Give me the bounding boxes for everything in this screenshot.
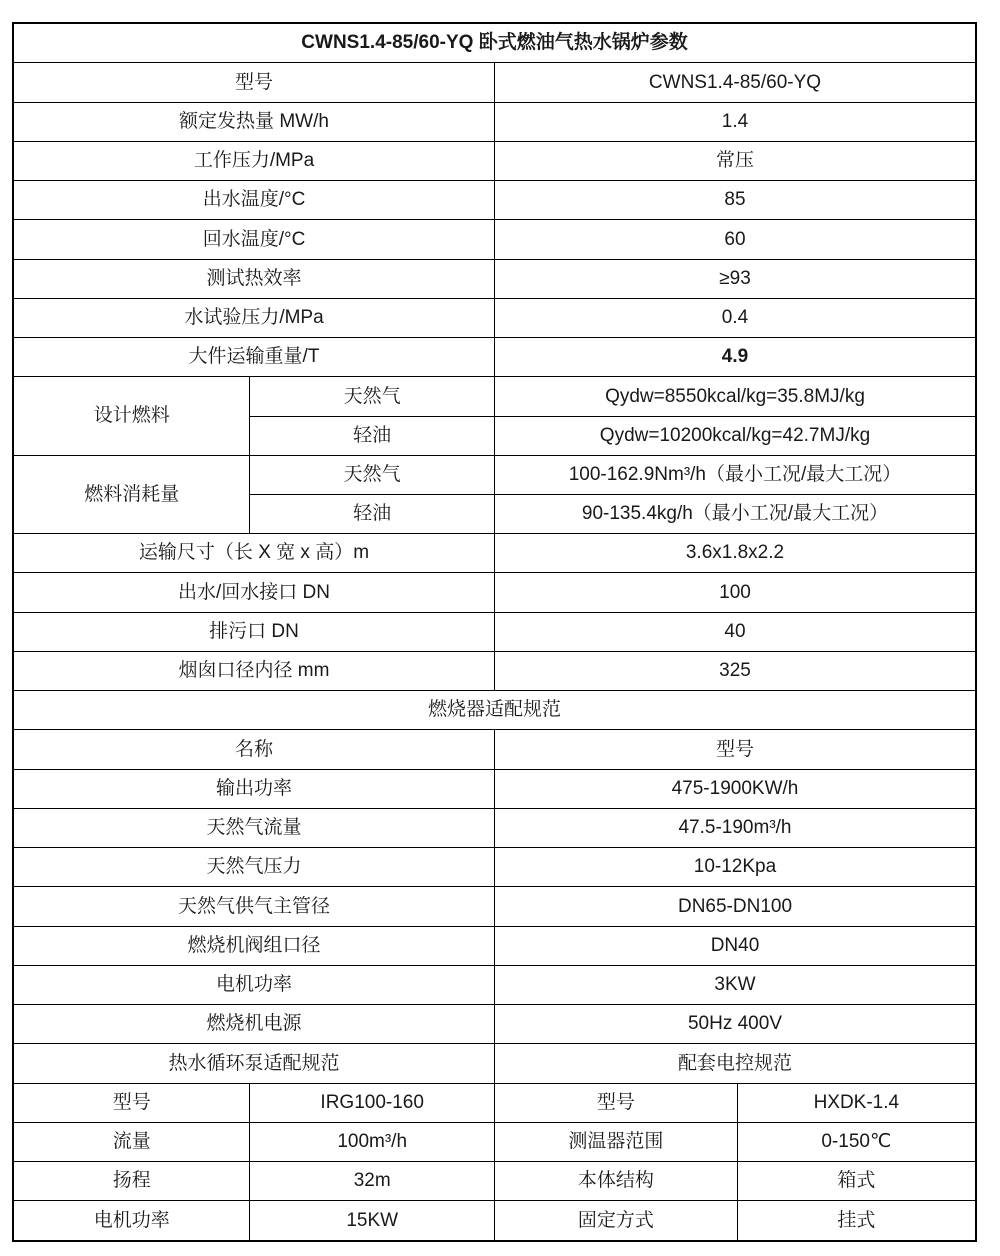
row-value: 0.4 bbox=[494, 298, 976, 337]
row-label: 输出功率 bbox=[13, 769, 494, 808]
row-label: 回水温度/°C bbox=[13, 220, 494, 259]
fuel-design-group-label: 设计燃料 bbox=[13, 377, 250, 455]
control-row-label: 固定方式 bbox=[494, 1201, 737, 1241]
table-row: 燃烧机阀组口径 DN40 bbox=[13, 926, 976, 965]
burner-section-header: 燃烧器适配规范 bbox=[13, 691, 976, 730]
control-row-value: 0-150℃ bbox=[737, 1122, 976, 1161]
pump-row-value: 100m³/h bbox=[250, 1122, 495, 1161]
boiler-spec-table: CWNS1.4-85/60-YQ 卧式燃油气热水锅炉参数 型号 CWNS1.4-… bbox=[12, 22, 977, 1242]
row-label: 燃烧机电源 bbox=[13, 1005, 494, 1044]
row-label: 燃烧机阀组口径 bbox=[13, 926, 494, 965]
row-value: 60 bbox=[494, 220, 976, 259]
control-section-header: 配套电控规范 bbox=[494, 1044, 976, 1083]
table-row: 流量 100m³/h 测温器范围 0-150℃ bbox=[13, 1122, 976, 1161]
burner-name-header: 名称 bbox=[13, 730, 494, 769]
pump-row-value: 15KW bbox=[250, 1201, 495, 1241]
table-row: 电机功率 3KW bbox=[13, 965, 976, 1004]
pump-row-label: 电机功率 bbox=[13, 1201, 250, 1241]
row-label: 运输尺寸（长 X 宽 x 高）m bbox=[13, 534, 494, 573]
row-label: 水试验压力/MPa bbox=[13, 298, 494, 337]
table-row: 型号 CWNS1.4-85/60-YQ bbox=[13, 63, 976, 102]
table-row: 电机功率 15KW 固定方式 挂式 bbox=[13, 1201, 976, 1241]
table-row: 天然气流量 47.5-190m³/h bbox=[13, 808, 976, 847]
row-label: 天然气供气主管径 bbox=[13, 887, 494, 926]
table-row: 工作压力/MPa 常压 bbox=[13, 141, 976, 180]
control-row-label: 本体结构 bbox=[494, 1161, 737, 1200]
table-row: 水试验压力/MPa 0.4 bbox=[13, 298, 976, 337]
fuel-type-label: 轻油 bbox=[250, 416, 495, 455]
fuel-type-label: 天然气 bbox=[250, 377, 495, 416]
table-row: CWNS1.4-85/60-YQ 卧式燃油气热水锅炉参数 bbox=[13, 23, 976, 63]
row-label: 工作压力/MPa bbox=[13, 141, 494, 180]
pump-row-value: 32m bbox=[250, 1161, 495, 1200]
fuel-value: 100-162.9Nm³/h（最小工况/最大工况） bbox=[494, 455, 976, 494]
fuel-type-label: 轻油 bbox=[250, 495, 495, 534]
row-label: 出水温度/°C bbox=[13, 181, 494, 220]
row-value: 3KW bbox=[494, 965, 976, 1004]
row-value: 100 bbox=[494, 573, 976, 612]
row-label: 额定发热量 MW/h bbox=[13, 102, 494, 141]
pump-section-header: 热水循环泵适配规范 bbox=[13, 1044, 494, 1083]
row-value: 325 bbox=[494, 651, 976, 690]
fuel-value: 90-135.4kg/h（最小工况/最大工况） bbox=[494, 495, 976, 534]
row-label: 电机功率 bbox=[13, 965, 494, 1004]
table-row: 型号 IRG100-160 型号 HXDK-1.4 bbox=[13, 1083, 976, 1122]
table-row: 设计燃料 天然气 Qydw=8550kcal/kg=35.8MJ/kg bbox=[13, 377, 976, 416]
table-row: 运输尺寸（长 X 宽 x 高）m 3.6x1.8x2.2 bbox=[13, 534, 976, 573]
table-row: 回水温度/°C 60 bbox=[13, 220, 976, 259]
row-value: DN65-DN100 bbox=[494, 887, 976, 926]
pump-row-value: IRG100-160 bbox=[250, 1083, 495, 1122]
pump-row-label: 型号 bbox=[13, 1083, 250, 1122]
table-row: 出水温度/°C 85 bbox=[13, 181, 976, 220]
row-value: 常压 bbox=[494, 141, 976, 180]
burner-model-header: 型号 bbox=[494, 730, 976, 769]
table-row: 热水循环泵适配规范 配套电控规范 bbox=[13, 1044, 976, 1083]
fuel-value: Qydw=8550kcal/kg=35.8MJ/kg bbox=[494, 377, 976, 416]
row-value: 40 bbox=[494, 612, 976, 651]
row-value: 3.6x1.8x2.2 bbox=[494, 534, 976, 573]
row-value: 4.9 bbox=[494, 338, 976, 377]
table-row: 天然气压力 10-12Kpa bbox=[13, 848, 976, 887]
table-row: 排污口 DN 40 bbox=[13, 612, 976, 651]
table-title: CWNS1.4-85/60-YQ 卧式燃油气热水锅炉参数 bbox=[13, 23, 976, 63]
row-label: 天然气压力 bbox=[13, 848, 494, 887]
control-row-value: HXDK-1.4 bbox=[737, 1083, 976, 1122]
table-row: 天然气供气主管径 DN65-DN100 bbox=[13, 887, 976, 926]
row-label: 型号 bbox=[13, 63, 494, 102]
table-row: 大件运输重量/T 4.9 bbox=[13, 338, 976, 377]
control-row-value: 挂式 bbox=[737, 1201, 976, 1241]
row-value: 85 bbox=[494, 181, 976, 220]
row-value: DN40 bbox=[494, 926, 976, 965]
table-row: 出水/回水接口 DN 100 bbox=[13, 573, 976, 612]
row-value: 1.4 bbox=[494, 102, 976, 141]
document-page: CWNS1.4-85/60-YQ 卧式燃油气热水锅炉参数 型号 CWNS1.4-… bbox=[0, 0, 1000, 1256]
table-row: 燃烧器适配规范 bbox=[13, 691, 976, 730]
table-row: 燃烧机电源 50Hz 400V bbox=[13, 1005, 976, 1044]
row-label: 天然气流量 bbox=[13, 808, 494, 847]
pump-row-label: 扬程 bbox=[13, 1161, 250, 1200]
row-label: 出水/回水接口 DN bbox=[13, 573, 494, 612]
row-value: ≥93 bbox=[494, 259, 976, 298]
control-row-value: 箱式 bbox=[737, 1161, 976, 1200]
control-row-label: 测温器范围 bbox=[494, 1122, 737, 1161]
table-row: 输出功率 475-1900KW/h bbox=[13, 769, 976, 808]
row-value: 47.5-190m³/h bbox=[494, 808, 976, 847]
row-label: 测试热效率 bbox=[13, 259, 494, 298]
fuel-type-label: 天然气 bbox=[250, 455, 495, 494]
table-row: 测试热效率 ≥93 bbox=[13, 259, 976, 298]
table-row: 燃料消耗量 天然气 100-162.9Nm³/h（最小工况/最大工况） bbox=[13, 455, 976, 494]
fuel-consumption-group-label: 燃料消耗量 bbox=[13, 455, 250, 533]
row-value: 50Hz 400V bbox=[494, 1005, 976, 1044]
fuel-value: Qydw=10200kcal/kg=42.7MJ/kg bbox=[494, 416, 976, 455]
table-row: 扬程 32m 本体结构 箱式 bbox=[13, 1161, 976, 1200]
row-label: 大件运输重量/T bbox=[13, 338, 494, 377]
row-label: 排污口 DN bbox=[13, 612, 494, 651]
row-value: 475-1900KW/h bbox=[494, 769, 976, 808]
table-row: 烟囱口径内径 mm 325 bbox=[13, 651, 976, 690]
table-row: 额定发热量 MW/h 1.4 bbox=[13, 102, 976, 141]
table-row: 名称 型号 bbox=[13, 730, 976, 769]
row-value: CWNS1.4-85/60-YQ bbox=[494, 63, 976, 102]
pump-row-label: 流量 bbox=[13, 1122, 250, 1161]
row-value: 10-12Kpa bbox=[494, 848, 976, 887]
row-label: 烟囱口径内径 mm bbox=[13, 651, 494, 690]
control-row-label: 型号 bbox=[494, 1083, 737, 1122]
